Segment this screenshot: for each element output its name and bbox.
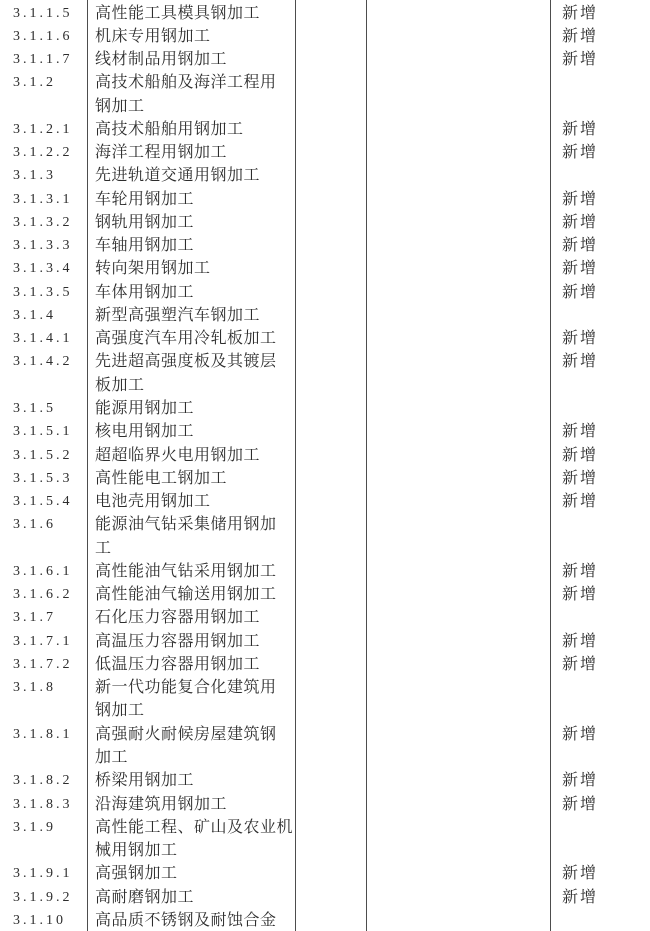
row-number: 3.1.7 bbox=[0, 606, 87, 629]
row-item-name: 低温压力容器用钢加工 bbox=[87, 653, 295, 676]
row-number: 3.1.9 bbox=[0, 816, 87, 839]
row-item-name: 高性能工程、矿山及农业机 械用钢加工 bbox=[87, 816, 295, 863]
row-number: 3.1.3.5 bbox=[0, 281, 87, 304]
row-number: 3.1.3.3 bbox=[0, 234, 87, 257]
row-status: 新增 bbox=[550, 141, 650, 164]
row-item-name: 线材制品用钢加工 bbox=[87, 48, 295, 71]
row-number: 3.1.8 bbox=[0, 676, 87, 699]
table-row: 3.1.9 高性能工程、矿山及农业机 械用钢加工 bbox=[0, 816, 650, 863]
table-row: 3.1.7.2 低温压力容器用钢加工 新增 bbox=[0, 653, 650, 676]
row-number: 3.1.6.1 bbox=[0, 560, 87, 583]
row-number: 3.1.8.3 bbox=[0, 793, 87, 816]
table-row: 3.1.1.5 高性能工具模具钢加工 新增 bbox=[0, 2, 650, 25]
table-row: 3.1.4 新型高强塑汽车钢加工 bbox=[0, 304, 650, 327]
row-item-name: 高强度汽车用冷轧板加工 bbox=[87, 327, 295, 350]
row-item-name: 电池壳用钢加工 bbox=[87, 490, 295, 513]
row-status: 新增 bbox=[550, 48, 650, 71]
row-item-name: 转向架用钢加工 bbox=[87, 257, 295, 280]
row-item-name: 能源油气钻采集储用钢加 工 bbox=[87, 513, 295, 560]
row-number: 3.1.9.2 bbox=[0, 886, 87, 909]
row-status: 新增 bbox=[550, 444, 650, 467]
row-number: 3.1.5.3 bbox=[0, 467, 87, 490]
row-number: 3.1.4.1 bbox=[0, 327, 87, 350]
row-status: 新增 bbox=[550, 769, 650, 792]
row-item-name: 车轴用钢加工 bbox=[87, 234, 295, 257]
row-item-name: 核电用钢加工 bbox=[87, 420, 295, 443]
row-number: 3.1.9.1 bbox=[0, 862, 87, 885]
table-row: 3.1.9.1 高强钢加工 新增 bbox=[0, 862, 650, 885]
row-item-name: 高性能电工钢加工 bbox=[87, 467, 295, 490]
row-item-name: 高耐磨钢加工 bbox=[87, 886, 295, 909]
table-row: 3.1.5.4 电池壳用钢加工 新增 bbox=[0, 490, 650, 513]
row-item-name: 高技术船舶及海洋工程用 钢加工 bbox=[87, 71, 295, 118]
row-status: 新增 bbox=[550, 560, 650, 583]
row-number: 3.1.3.4 bbox=[0, 257, 87, 280]
row-item-name: 机床专用钢加工 bbox=[87, 25, 295, 48]
table-row: 3.1.5.3 高性能电工钢加工 新增 bbox=[0, 467, 650, 490]
row-status: 新增 bbox=[550, 630, 650, 653]
row-status: 新增 bbox=[550, 25, 650, 48]
table-row: 3.1.3.1 车轮用钢加工 新增 bbox=[0, 188, 650, 211]
table-row: 3.1.4.2 先进超高强度板及其镀层 板加工 新增 bbox=[0, 350, 650, 397]
row-status: 新增 bbox=[550, 234, 650, 257]
row-number: 3.1.1.7 bbox=[0, 48, 87, 71]
row-status: 新增 bbox=[550, 583, 650, 606]
row-item-name: 高技术船舶用钢加工 bbox=[87, 118, 295, 141]
table-row: 3.1.1.7 线材制品用钢加工 新增 bbox=[0, 48, 650, 71]
row-number: 3.1.4.2 bbox=[0, 350, 87, 373]
table-row: 3.1.5.2 超超临界火电用钢加工 新增 bbox=[0, 444, 650, 467]
table-row: 3.1.5.1 核电用钢加工 新增 bbox=[0, 420, 650, 443]
row-number: 3.1.3.1 bbox=[0, 188, 87, 211]
row-status: 新增 bbox=[550, 490, 650, 513]
table-row: 3.1.2.2 海洋工程用钢加工 新增 bbox=[0, 141, 650, 164]
row-item-name: 车轮用钢加工 bbox=[87, 188, 295, 211]
row-item-name: 海洋工程用钢加工 bbox=[87, 141, 295, 164]
table-row: 3.1.3 先进轨道交通用钢加工 bbox=[0, 164, 650, 187]
row-item-name: 高强钢加工 bbox=[87, 862, 295, 885]
row-number: 3.1.4 bbox=[0, 304, 87, 327]
row-number: 3.1.2.1 bbox=[0, 118, 87, 141]
row-number: 3.1.8.1 bbox=[0, 723, 87, 746]
row-item-name: 高性能油气输送用钢加工 bbox=[87, 583, 295, 606]
table-row: 3.1.2 高技术船舶及海洋工程用 钢加工 bbox=[0, 71, 650, 118]
row-number: 3.1.7.1 bbox=[0, 630, 87, 653]
table-row: 3.1.8.1 高强耐火耐候房屋建筑钢 加工 新增 bbox=[0, 723, 650, 770]
row-status: 新增 bbox=[550, 723, 650, 746]
row-item-name: 高强耐火耐候房屋建筑钢 加工 bbox=[87, 723, 295, 770]
row-number: 3.1.6.2 bbox=[0, 583, 87, 606]
table-row: 3.1.7.1 高温压力容器用钢加工 新增 bbox=[0, 630, 650, 653]
table-row: 3.1.8.3 沿海建筑用钢加工 新增 bbox=[0, 793, 650, 816]
table-row: 3.1.7 石化压力容器用钢加工 bbox=[0, 606, 650, 629]
row-item-name: 石化压力容器用钢加工 bbox=[87, 606, 295, 629]
document-table-page: 3.1.1.5 高性能工具模具钢加工 新增 3.1.1.6 机床专用钢加工 新增… bbox=[0, 0, 650, 931]
row-number: 3.1.5.2 bbox=[0, 444, 87, 467]
row-status: 新增 bbox=[550, 257, 650, 280]
row-number: 3.1.8.2 bbox=[0, 769, 87, 792]
row-number: 3.1.1.6 bbox=[0, 25, 87, 48]
table-row: 3.1.1.6 机床专用钢加工 新增 bbox=[0, 25, 650, 48]
row-item-name: 车体用钢加工 bbox=[87, 281, 295, 304]
row-status: 新增 bbox=[550, 420, 650, 443]
table-row: 3.1.10 高品质不锈钢及耐蚀合金 bbox=[0, 909, 650, 931]
row-item-name: 沿海建筑用钢加工 bbox=[87, 793, 295, 816]
row-item-name: 高品质不锈钢及耐蚀合金 bbox=[87, 909, 295, 931]
row-item-name: 新一代功能复合化建筑用 钢加工 bbox=[87, 676, 295, 723]
row-status: 新增 bbox=[550, 793, 650, 816]
row-status: 新增 bbox=[550, 118, 650, 141]
row-item-name: 桥梁用钢加工 bbox=[87, 769, 295, 792]
row-number: 3.1.5.4 bbox=[0, 490, 87, 513]
table-row: 3.1.3.3 车轴用钢加工 新增 bbox=[0, 234, 650, 257]
table-row: 3.1.2.1 高技术船舶用钢加工 新增 bbox=[0, 118, 650, 141]
row-number: 3.1.10 bbox=[0, 909, 87, 931]
row-item-name: 先进超高强度板及其镀层 板加工 bbox=[87, 350, 295, 397]
row-item-name: 超超临界火电用钢加工 bbox=[87, 444, 295, 467]
row-item-name: 高性能工具模具钢加工 bbox=[87, 2, 295, 25]
table-row: 3.1.6.1 高性能油气钻采用钢加工 新增 bbox=[0, 560, 650, 583]
row-status: 新增 bbox=[550, 886, 650, 909]
table-row: 3.1.6 能源油气钻采集储用钢加 工 bbox=[0, 513, 650, 560]
row-item-name: 先进轨道交通用钢加工 bbox=[87, 164, 295, 187]
table-row: 3.1.3.5 车体用钢加工 新增 bbox=[0, 281, 650, 304]
row-status: 新增 bbox=[550, 327, 650, 350]
row-status: 新增 bbox=[550, 653, 650, 676]
row-item-name: 高性能油气钻采用钢加工 bbox=[87, 560, 295, 583]
table-body: 3.1.1.5 高性能工具模具钢加工 新增 3.1.1.6 机床专用钢加工 新增… bbox=[0, 2, 650, 931]
row-item-name: 高温压力容器用钢加工 bbox=[87, 630, 295, 653]
row-status: 新增 bbox=[550, 211, 650, 234]
row-number: 3.1.3.2 bbox=[0, 211, 87, 234]
row-status: 新增 bbox=[550, 188, 650, 211]
row-item-name: 新型高强塑汽车钢加工 bbox=[87, 304, 295, 327]
row-status: 新增 bbox=[550, 467, 650, 490]
row-number: 3.1.1.5 bbox=[0, 2, 87, 25]
table-row: 3.1.8.2 桥梁用钢加工 新增 bbox=[0, 769, 650, 792]
row-number: 3.1.6 bbox=[0, 513, 87, 536]
row-number: 3.1.2 bbox=[0, 71, 87, 94]
row-number: 3.1.2.2 bbox=[0, 141, 87, 164]
table-row: 3.1.3.4 转向架用钢加工 新增 bbox=[0, 257, 650, 280]
table-row: 3.1.4.1 高强度汽车用冷轧板加工 新增 bbox=[0, 327, 650, 350]
row-item-name: 能源用钢加工 bbox=[87, 397, 295, 420]
row-status: 新增 bbox=[550, 350, 650, 373]
table-row: 3.1.8 新一代功能复合化建筑用 钢加工 bbox=[0, 676, 650, 723]
row-number: 3.1.5.1 bbox=[0, 420, 87, 443]
table-row: 3.1.5 能源用钢加工 bbox=[0, 397, 650, 420]
table-row: 3.1.6.2 高性能油气输送用钢加工 新增 bbox=[0, 583, 650, 606]
row-status: 新增 bbox=[550, 862, 650, 885]
row-number: 3.1.5 bbox=[0, 397, 87, 420]
row-item-name: 钢轨用钢加工 bbox=[87, 211, 295, 234]
row-status: 新增 bbox=[550, 281, 650, 304]
row-number: 3.1.7.2 bbox=[0, 653, 87, 676]
row-number: 3.1.3 bbox=[0, 164, 87, 187]
table-row: 3.1.9.2 高耐磨钢加工 新增 bbox=[0, 886, 650, 909]
table-row: 3.1.3.2 钢轨用钢加工 新增 bbox=[0, 211, 650, 234]
row-status: 新增 bbox=[550, 2, 650, 25]
